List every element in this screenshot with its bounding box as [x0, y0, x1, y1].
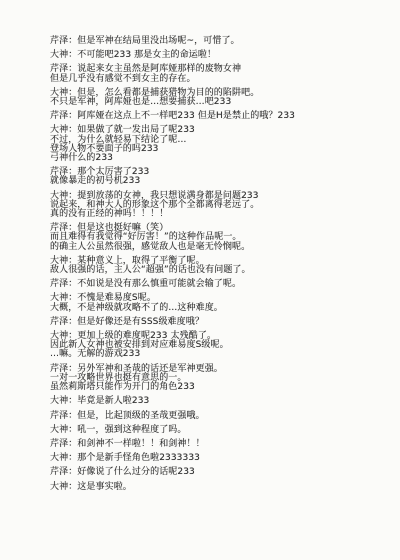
dialogue-paragraph: 大神：不愧是难易度S呢。 大概，不是神级就攻略不了的…这种难度。	[50, 294, 364, 312]
dialogue-paragraph: 大神：但是，怎么看都是捕获猎物为目的的陷阱吧。 不只是军神，阿库娅也是…想要捕获…	[50, 89, 364, 107]
dialogue-paragraph: 芹泽：说起来女主虽然是阿库娅那样的废物女神 但是几乎没有感觉不到女主的存在。	[50, 65, 364, 83]
dialogue-paragraph: 芹泽：和剑神不一样啦！！和剑神！！	[50, 440, 364, 449]
dialogue-paragraph: 芹泽：阿库娅在这点上不一样吧233 但是H是禁止的哦？233	[50, 112, 364, 121]
dialogue-paragraph: 大神：这是事实啦。	[50, 483, 364, 492]
dialogue-paragraph: 芹泽：不如说是没有那么慎重可能就会输了呢。	[50, 280, 364, 289]
dialogue-paragraph: 大神：提到放荡的女神，我只想说满身都是问题233 说起来，和神大人的形象这个那个…	[50, 192, 364, 220]
dialogue-paragraph: 大神：更加上级的难度呢233 太残酷了。 因此新人女神也被安排到对应难易度S级呢…	[50, 332, 364, 360]
dialogue-paragraph: 芹泽：好像说了什么过分的话呢233	[50, 468, 364, 477]
dialogue-paragraph: 大神：不可能吧233 那是女主的命运啦！	[50, 51, 364, 60]
dialogue-paragraph: 芹泽：但是，比起顶级的圣哉更强哦。	[50, 412, 364, 421]
dialogue-paragraph: 大神：某种意义上，取得了平衡了呢。 敌人很强的话，主人公“超强”的话也没有问题了…	[50, 257, 364, 275]
dialogue-paragraph: 芹泽：那个太厉害了233 就像暴走的初号机233	[50, 168, 364, 186]
dialogue-paragraph: 大神：那个是新手怪角色啦2333333	[50, 454, 364, 463]
dialogue-paragraph: 芹泽：但是军神在结局里没出场呢~，可惜了。	[50, 37, 364, 46]
dialogue-paragraph: 大神：如果做了就一发出局了呢233 不过，为什么就轻易下结论了呢… 登场人物不要…	[50, 126, 364, 163]
dialogue-paragraph: 芹泽：但是这也挺好嘛（笑） 而且难得有我觉得“好厉害！”的这种作品呢一。 的确主…	[50, 224, 364, 252]
dialogue-paragraph: 大神：毕竟是新人啦233	[50, 397, 364, 406]
dialogue-paragraph: 芹泽：但是好像还是有SSS级难度哦？	[50, 318, 364, 327]
dialogue-paragraph: 大神：吼一，强到这种程度了吗。	[50, 426, 364, 435]
dialogue-paragraph: 芹泽：另外军神和圣哉的话还是军神更强。 一对一攻略世界也挺有意思的一。 虽然莉斯…	[50, 365, 364, 393]
transcript-page: 芹泽：但是军神在结局里没出场呢~，可惜了。 大神：不可能吧233 那是女主的命运…	[0, 0, 400, 560]
